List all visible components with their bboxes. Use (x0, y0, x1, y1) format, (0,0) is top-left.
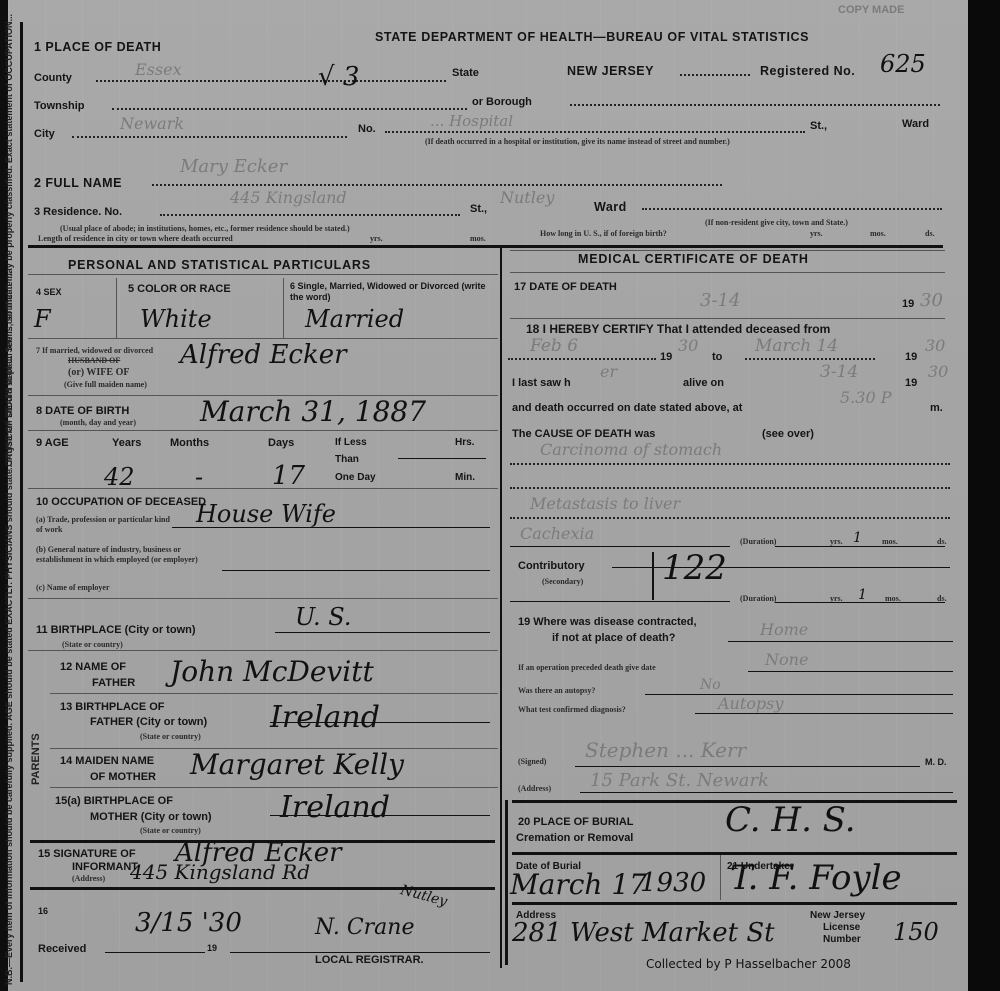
registrar-label: LOCAL REGISTRAR. (315, 954, 424, 966)
borough-line (570, 104, 940, 106)
months-label: Months (170, 437, 209, 449)
dod-value: 3-14 (700, 290, 740, 311)
county-annotation: √ 3 (318, 62, 359, 92)
last-saw-label: I last saw h (512, 377, 571, 389)
occurred-label: and death occurred on date stated above,… (512, 402, 742, 414)
residence-st-label: St., (470, 203, 487, 215)
received-year-prefix: 19 (207, 943, 217, 953)
license-label-2: License (823, 922, 860, 933)
dod-label: 17 DATE OF DEATH (514, 281, 617, 293)
rule (510, 601, 730, 602)
column-divider (500, 248, 502, 968)
rule (612, 567, 950, 568)
spouse-label-1: 7 If married, widowed or divorced (36, 346, 153, 355)
father-bp-label-1: 13 BIRTHPLACE OF (60, 701, 165, 713)
section-divider (28, 245, 943, 248)
length-mos: mos. (470, 234, 486, 243)
county-value: Essex (135, 60, 182, 79)
contracted-label-1: 19 Where was disease contracted, (518, 616, 697, 628)
no-label: No. (358, 123, 376, 135)
residence-value: 445 Kingsland (230, 188, 347, 207)
age-months: - (195, 463, 203, 491)
father-value: John McDevitt (170, 655, 374, 688)
rule (510, 272, 945, 273)
rule (695, 713, 953, 714)
birthplace-value: U. S. (295, 603, 352, 631)
mother-value: Margaret Kelly (190, 748, 404, 781)
us-ds: ds. (925, 229, 935, 238)
father-bp-sub: (State or country) (140, 732, 201, 741)
contracted-value: Home (760, 620, 808, 639)
dob-label: 8 DATE OF BIRTH (36, 405, 129, 417)
rule (28, 488, 498, 489)
from-year: 30 (678, 336, 698, 355)
registered-label: Registered No. (760, 64, 855, 78)
dob-sub: (month, day and year) (60, 418, 136, 427)
md-label: M. D. (925, 757, 947, 767)
from-year-prefix: 19 (660, 351, 672, 363)
rule (728, 641, 953, 642)
rule (28, 338, 498, 339)
license-label-1: New Jersey (810, 910, 865, 921)
county-label: County (34, 72, 72, 84)
alive-year: 30 (928, 362, 948, 381)
burial-date-year: 1930 (640, 868, 706, 898)
signed-value: Stephen ... Kerr (585, 738, 746, 762)
received-value: 3/15 '30 (135, 908, 242, 938)
borough-label: or Borough (472, 96, 532, 108)
rule (512, 902, 957, 905)
rule (50, 693, 498, 694)
spouse-label-4: (Give full maiden name) (64, 380, 147, 389)
autopsy-value: No (700, 677, 721, 693)
dod-year-prefix: 19 (902, 298, 914, 310)
duration-yrs-1: yrs. (830, 537, 843, 546)
rule (575, 766, 920, 767)
rule (105, 952, 205, 953)
secondary-label: (Secondary) (542, 577, 583, 586)
mother-bp-value: Ireland (280, 790, 390, 825)
operation-label: If an operation preceded death give date (518, 663, 656, 672)
rule (222, 570, 490, 571)
rule (510, 250, 945, 251)
alive-label: alive on (683, 377, 724, 389)
rule (28, 274, 498, 275)
cause-line-1 (510, 463, 950, 465)
rule (116, 278, 117, 338)
copy-made-stamp: COPY MADE (838, 4, 904, 16)
contributory-code: 122 (662, 548, 727, 588)
undertaker-value: T. F. Foyle (730, 858, 902, 898)
less-label-2: Than (335, 454, 359, 465)
to-year: 30 (925, 336, 945, 355)
cause-label: The CAUSE OF DEATH was (512, 428, 655, 440)
full-name-value: Mary Ecker (180, 156, 287, 177)
burial-place-value: C. H. S. (725, 800, 856, 840)
rule (28, 650, 498, 651)
dob-value: March 31, 1887 (200, 395, 426, 428)
mother-label-2: OF MOTHER (90, 771, 156, 783)
full-name-line (152, 184, 722, 186)
rule (512, 852, 957, 855)
color-value: White (140, 305, 212, 333)
from-value: Feb 6 (530, 336, 578, 356)
days-label: Days (268, 437, 294, 449)
rule (652, 552, 654, 600)
father-bp-label-2: FATHER (City or town) (90, 716, 207, 728)
age-label: 9 AGE (36, 437, 69, 449)
from-line (508, 358, 656, 360)
duration-ds-1: ds. (937, 537, 947, 546)
rule (283, 278, 284, 338)
duration-label-1: (Duration) (740, 537, 776, 546)
occurred-value: 5.30 P (840, 388, 891, 407)
contracted-label-2: if not at place of death? (552, 632, 675, 644)
birthplace-sub: (State or country) (62, 640, 123, 649)
signed-label: (Signed) (518, 757, 546, 766)
autopsy-label: Was there an autopsy? (518, 686, 595, 695)
cause-line-3 (510, 517, 950, 519)
cause-line-3-value: Metastasis to liver (530, 494, 680, 513)
state-value: NEW JERSEY (567, 64, 654, 78)
to-line (745, 358, 875, 360)
mother-bp-label-2: MOTHER (City or town) (90, 811, 212, 823)
less-label-1: If Less (335, 437, 367, 448)
burial-place-label-1: 20 PLACE OF BURIAL (518, 816, 634, 828)
city-value: Newark (120, 114, 184, 133)
burial-date-value: March 17 (510, 868, 647, 901)
cause-line-4-value: Cachexia (520, 524, 594, 543)
occ-b-label: (b) General nature of industry, business… (36, 545, 216, 565)
occ-c-label: (c) Name of employer (36, 583, 110, 592)
rule (510, 546, 730, 547)
no-value: ... Hospital (430, 112, 513, 130)
left-border-line (20, 22, 23, 982)
less-label-3: One Day (335, 472, 376, 483)
father-label-1: 12 NAME OF (60, 661, 126, 673)
county-line (96, 80, 446, 82)
rule (580, 792, 953, 793)
burial-address-value: 281 West Market St (512, 918, 775, 948)
rule (28, 430, 498, 431)
duration-label-2: (Duration) (740, 594, 776, 603)
length-yrs: yrs. (370, 234, 383, 243)
m-label: m. (930, 402, 943, 414)
mother-bp-label-1: 15(a) BIRTHPLACE OF (55, 795, 173, 807)
rule (50, 787, 498, 788)
city-label: City (34, 128, 55, 140)
rule (775, 602, 945, 603)
state-label: State (452, 67, 479, 79)
cause-line-1-value: Carcinoma of stomach (540, 440, 722, 459)
license-label-3: Number (823, 934, 861, 945)
operation-value: None (765, 650, 808, 669)
state-line (680, 74, 750, 76)
medical-address-value: 15 Park St. Newark (590, 770, 769, 791)
residence-note2: (If non-resident give city, town and Sta… (705, 218, 848, 227)
place-note: (If death occurred in a hospital or inst… (425, 137, 730, 146)
no-line (385, 131, 805, 133)
residence-note1: (Usual place of abode; in institutions, … (60, 224, 350, 233)
certify-label: 18 I HEREBY CERTIFY That I attended dece… (526, 322, 830, 336)
sex-value: F (34, 305, 51, 333)
alive-value: 3-14 (820, 362, 858, 382)
see-over-label: (see over) (762, 428, 814, 440)
township-label: Township (34, 100, 85, 112)
margin-text-lower: N.B.—Every item of information should be… (4, 14, 14, 985)
rule (398, 458, 486, 459)
color-label: 5 COLOR OR RACE (128, 283, 231, 295)
to-year-prefix: 19 (905, 351, 917, 363)
city-line (72, 136, 347, 138)
credit-caption: Collected by P Hasselbacher 2008 (646, 957, 851, 971)
rule (748, 671, 953, 672)
residence-line (160, 214, 460, 216)
occ-value: House Wife (196, 500, 336, 528)
mother-label-1: 14 MAIDEN NAME (60, 755, 154, 767)
rule (775, 546, 945, 547)
birthplace-label: 11 BIRTHPLACE (City or town) (36, 624, 196, 636)
father-bp-value: Ireland (270, 700, 380, 735)
contributory-label: Contributory (518, 560, 585, 572)
informant-address: 445 Kingsland Rd (130, 860, 310, 884)
rule (28, 598, 498, 599)
us-label: How long in U. S., if of foreign birth? (540, 229, 667, 238)
medical-heading: MEDICAL CERTIFICATE OF DEATH (578, 252, 809, 266)
registered-value: 625 (880, 50, 926, 78)
occ-a-label: (a) Trade, profession or particular kind… (36, 515, 176, 535)
rule (720, 855, 721, 900)
scan-border (968, 0, 1000, 991)
father-label-2: FATHER (92, 677, 135, 689)
residence-ward-label: Ward (594, 200, 627, 214)
ward-label: Ward (902, 118, 929, 130)
mother-bp-sub: (State or country) (140, 826, 201, 835)
test-value: Autopsy (718, 694, 783, 713)
duration-mos-1-value: 1 (853, 530, 862, 546)
received-label: Received (38, 943, 86, 955)
rule (275, 632, 490, 633)
residence-label: 3 Residence. No. (34, 206, 122, 218)
duration-mos-2-value: 1 (858, 587, 867, 603)
min-label: Min. (455, 472, 475, 483)
parents-side-label: PARENTS (30, 733, 42, 785)
header-title: STATE DEPARTMENT OF HEALTH—BUREAU OF VIT… (375, 30, 809, 44)
to-value: March 14 (755, 336, 838, 356)
township-line (112, 108, 467, 110)
rule (510, 318, 945, 319)
spouse-label-2: HUSBAND OF (68, 356, 120, 365)
personal-heading: PERSONAL AND STATISTICAL PARTICULARS (68, 258, 371, 272)
alive-year-prefix: 19 (905, 377, 917, 389)
age-days: 17 (272, 461, 305, 491)
last-saw-value: er (600, 362, 617, 381)
hrs-label: Hrs. (455, 437, 474, 448)
registrar-signature: N. Crane (315, 915, 414, 940)
cause-line-2 (510, 487, 950, 489)
burial-place-label-2: Cremation or Removal (516, 832, 633, 844)
sex-label: 4 SEX (36, 287, 62, 297)
st-label: St., (810, 120, 827, 132)
full-name-label: 2 FULL NAME (34, 176, 122, 190)
informant-label-3: (Address) (72, 874, 105, 883)
license-value: 150 (893, 918, 939, 946)
spouse-value: Alfred Ecker (180, 340, 347, 370)
informant-label-2: INFORMANT (72, 861, 138, 873)
duration-mos-1: mos. (882, 537, 898, 546)
spouse-label-3: (or) WIFE OF (68, 367, 129, 378)
to-label: to (712, 351, 722, 363)
marital-label: 6 Single, Married, Widowed or Divorced (… (290, 281, 490, 303)
age-years: 42 (104, 463, 135, 491)
dod-year: 30 (920, 290, 943, 311)
rule (230, 952, 490, 953)
residence-ward-line (642, 208, 942, 210)
registrar-num: 16 (38, 906, 48, 916)
length-label: Length of residence in city or town wher… (38, 234, 233, 243)
us-mos: mos. (870, 229, 886, 238)
informant-label-1: 15 SIGNATURE OF (38, 848, 136, 860)
years-label: Years (112, 437, 141, 449)
rule (645, 694, 953, 695)
occupation-label: 10 OCCUPATION OF DECEASED (36, 496, 206, 508)
rule (505, 800, 508, 965)
residence-st-value: Nutley (500, 188, 554, 207)
medical-address-label: (Address) (518, 784, 551, 793)
test-label: What test confirmed diagnosis? (518, 705, 626, 714)
marital-value: Married (305, 305, 404, 333)
place-of-death-label: 1 PLACE OF DEATH (34, 40, 161, 54)
us-yrs: yrs. (810, 229, 823, 238)
